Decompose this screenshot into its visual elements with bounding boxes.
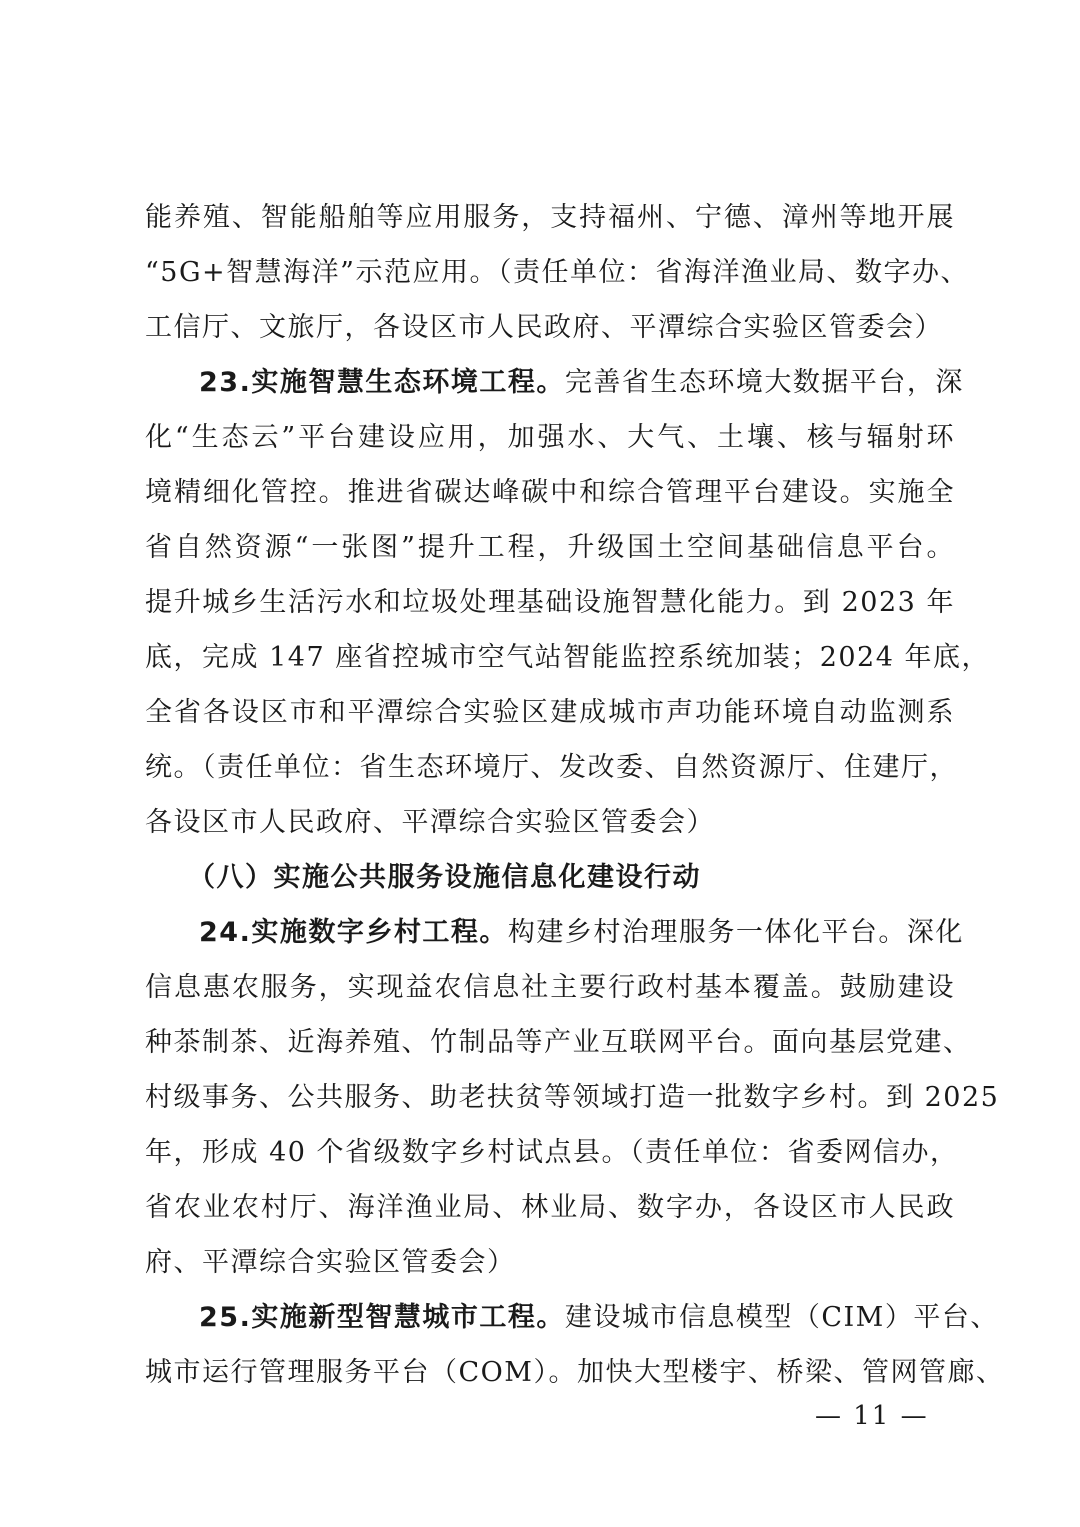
paragraph-line: 全省各设区市和平潭综合实验区建成城市声功能环境自动监测系 [145, 695, 955, 731]
paragraph-line: 境精细化管控。推进省碳达峰碳中和综合管理平台建设。实施全 [145, 475, 955, 511]
paragraph-line: 各设区市人民政府、平潭综合实验区管委会） [145, 805, 955, 841]
item-25-text: 建设城市信息模型（CIM）平台、 [565, 1302, 999, 1333]
paragraph-line: 省农业农村厅、海洋渔业局、林业局、数字办，各设区市人民政 [145, 1190, 955, 1226]
item-23-title: 23.实施智慧生态环境工程。 [199, 367, 565, 398]
item-25-title: 25.实施新型智慧城市工程。 [199, 1302, 565, 1333]
paragraph-line: 能养殖、智能船舶等应用服务，支持福州、宁德、漳州等地开展 [145, 200, 955, 236]
paragraph-line: 城市运行管理服务平台（COM）。加快大型楼宇、桥梁、管网管廊、 [145, 1355, 955, 1391]
paragraph-line: 府、平潭综合实验区管委会） [145, 1245, 955, 1281]
paragraph-line: 村级事务、公共服务、助老扶贫等领域打造一批数字乡村。到 2025 [145, 1080, 955, 1116]
paragraph-line: 信息惠农服务，实现益农信息社主要行政村基本覆盖。鼓励建设 [145, 970, 955, 1006]
item-23-text: 完善省生态环境大数据平台，深 [565, 367, 964, 398]
paragraph-line: “5G+智慧海洋”示范应用。（责任单位：省海洋渔业局、数字办、 [145, 255, 955, 291]
paragraph-line: 年，形成 40 个省级数字乡村试点县。（责任单位：省委网信办， [145, 1135, 955, 1171]
item-25-first-line: 25.实施新型智慧城市工程。建设城市信息模型（CIM）平台、 [199, 1300, 955, 1336]
item-24-text: 构建乡村治理服务一体化平台。深化 [508, 917, 964, 948]
paragraph-line: 种茶制茶、近海养殖、竹制品等产业互联网平台。面向基层党建、 [145, 1025, 955, 1061]
paragraph-line: 统。（责任单位：省生态环境厅、发改委、自然资源厅、住建厅， [145, 750, 955, 786]
section-heading: （八）实施公共服务设施信息化建设行动 [188, 860, 701, 896]
item-23-first-line: 23.实施智慧生态环境工程。完善省生态环境大数据平台，深 [199, 365, 955, 401]
item-24-title: 24.实施数字乡村工程。 [199, 917, 508, 948]
paragraph-line: 底，完成 147 座省控城市空气站智能监控系统加装；2024 年底， [145, 640, 955, 676]
paragraph-line: 提升城乡生活污水和垃圾处理基础设施智慧化能力。到 2023 年 [145, 585, 955, 621]
page-number: — 11 — [815, 1398, 929, 1434]
document-page: 能养殖、智能船舶等应用服务，支持福州、宁德、漳州等地开展 “5G+智慧海洋”示范… [0, 0, 1080, 1527]
paragraph-line: 化“生态云”平台建设应用，加强水、大气、土壤、核与辐射环 [145, 420, 955, 456]
item-24-first-line: 24.实施数字乡村工程。构建乡村治理服务一体化平台。深化 [199, 915, 955, 951]
paragraph-line: 工信厅、文旅厅，各设区市人民政府、平潭综合实验区管委会） [145, 310, 955, 346]
paragraph-line: 省自然资源“一张图”提升工程，升级国土空间基础信息平台。 [145, 530, 955, 566]
